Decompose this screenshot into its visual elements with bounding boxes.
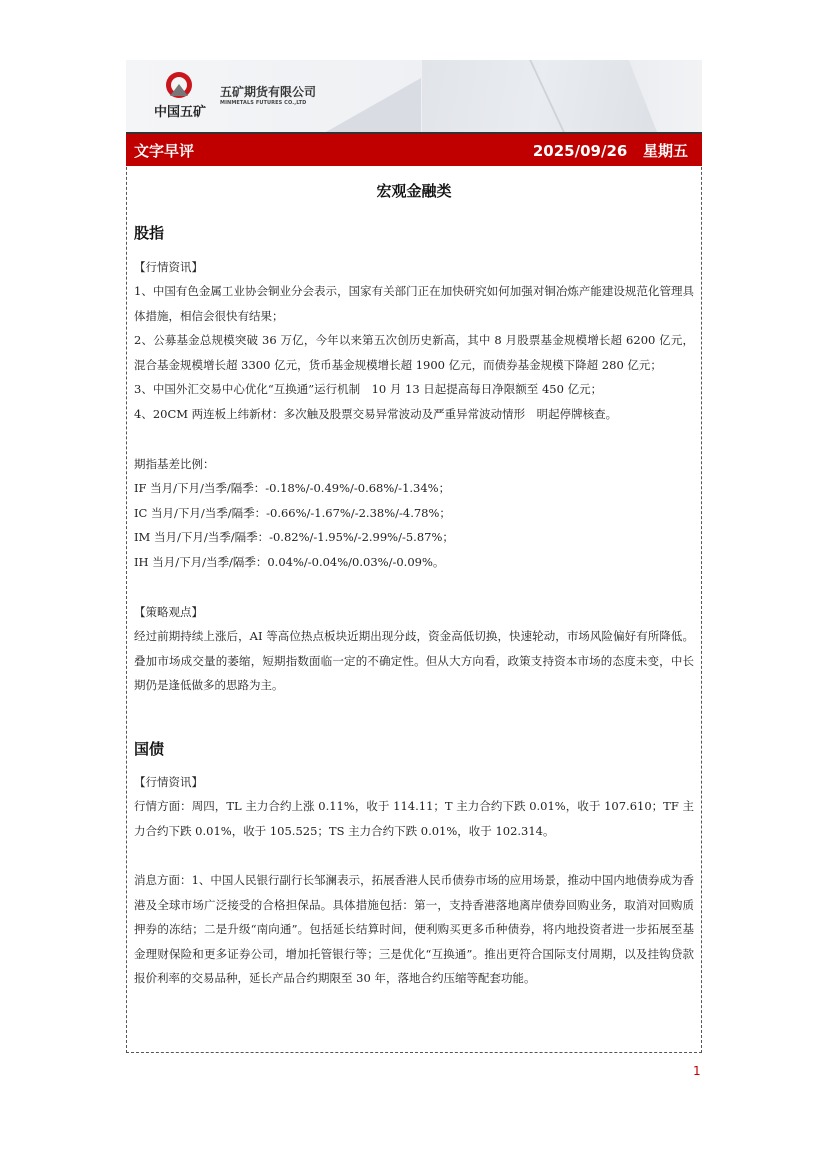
basis-row-ih: IH 当月/下月/当季/隔季：0.04%/-0.04%/0.03%/-0.09%… xyxy=(134,550,694,575)
stock-index-news-item: 2、公募基金总规模突破 36 万亿，今年以来第五次创历史新高，其中 8 月股票基… xyxy=(134,328,694,377)
treasury-message-text: 消息方面：1、中国人民银行副行长邹澜表示，拓展香港人民币债券市场的应用场景，推动… xyxy=(134,868,694,991)
stock-index-news-item: 1、中国有色金属工业协会铜业分会表示，国家有关部门正在加快研究如何加强对铜冶炼产… xyxy=(134,279,694,328)
basis-row-if: IF 当月/下月/当季/隔季：-0.18%/-0.49%/-0.68%/-1.3… xyxy=(134,476,694,501)
strategy-text: 经过前期持续上涨后，AI 等高位热点板块近期出现分歧，资金高低切换，快速轮动，市… xyxy=(134,624,694,698)
stock-index-news-label: 【行情资讯】 xyxy=(134,255,694,280)
page-number: 1 xyxy=(693,1064,701,1078)
stock-index-news-item: 3、中国外汇交易中心优化“互换通”运行机制 10 月 13 日起提高每日净限额至… xyxy=(134,377,694,402)
report-title: 文字早评 xyxy=(134,140,194,161)
company-name-en: MINMETALS FUTURES CO.,LTD xyxy=(220,100,306,106)
header-banner: 中国五矿 五矿期货有限公司 MINMETALS FUTURES CO.,LTD xyxy=(126,60,702,132)
report-header-bar: 文字早评 2025/09/26 星期五 xyxy=(126,132,702,166)
treasury-news-label: 【行情资讯】 xyxy=(134,770,694,795)
report-content: 宏观金融类 股指 【行情资讯】 1、中国有色金属工业协会铜业分会表示，国家有关部… xyxy=(134,166,694,202)
minmetals-logo-icon xyxy=(166,72,192,98)
company-name-cn: 五矿期货有限公司 xyxy=(220,83,316,100)
logo-text: 中国五矿 xyxy=(154,101,206,120)
building-graphic xyxy=(422,60,657,132)
report-date: 2025/09/26 星期五 xyxy=(533,140,688,161)
building-graphic xyxy=(326,78,421,132)
basis-row-im: IM 当月/下月/当季/隔季：-0.82%/-1.95%/-2.99%/-5.8… xyxy=(134,525,694,550)
treasury-market-text: 行情方面：周四，TL 主力合约上涨 0.11%，收于 114.11；T 主力合约… xyxy=(134,794,694,843)
basis-label: 期指基差比例： xyxy=(134,452,694,477)
stock-index-news-item: 4、20CM 两连板上纬新材：多次触及股票交易异常波动及严重异常波动情形 明起停… xyxy=(134,402,694,427)
section-title: 宏观金融类 xyxy=(134,180,694,202)
stock-index-heading: 股指 xyxy=(134,222,164,243)
basis-row-ic: IC 当月/下月/当季/隔季：-0.66%/-1.67%/-2.38%/-4.7… xyxy=(134,501,694,526)
treasury-heading: 国债 xyxy=(134,738,164,759)
strategy-label: 【策略观点】 xyxy=(134,600,694,625)
